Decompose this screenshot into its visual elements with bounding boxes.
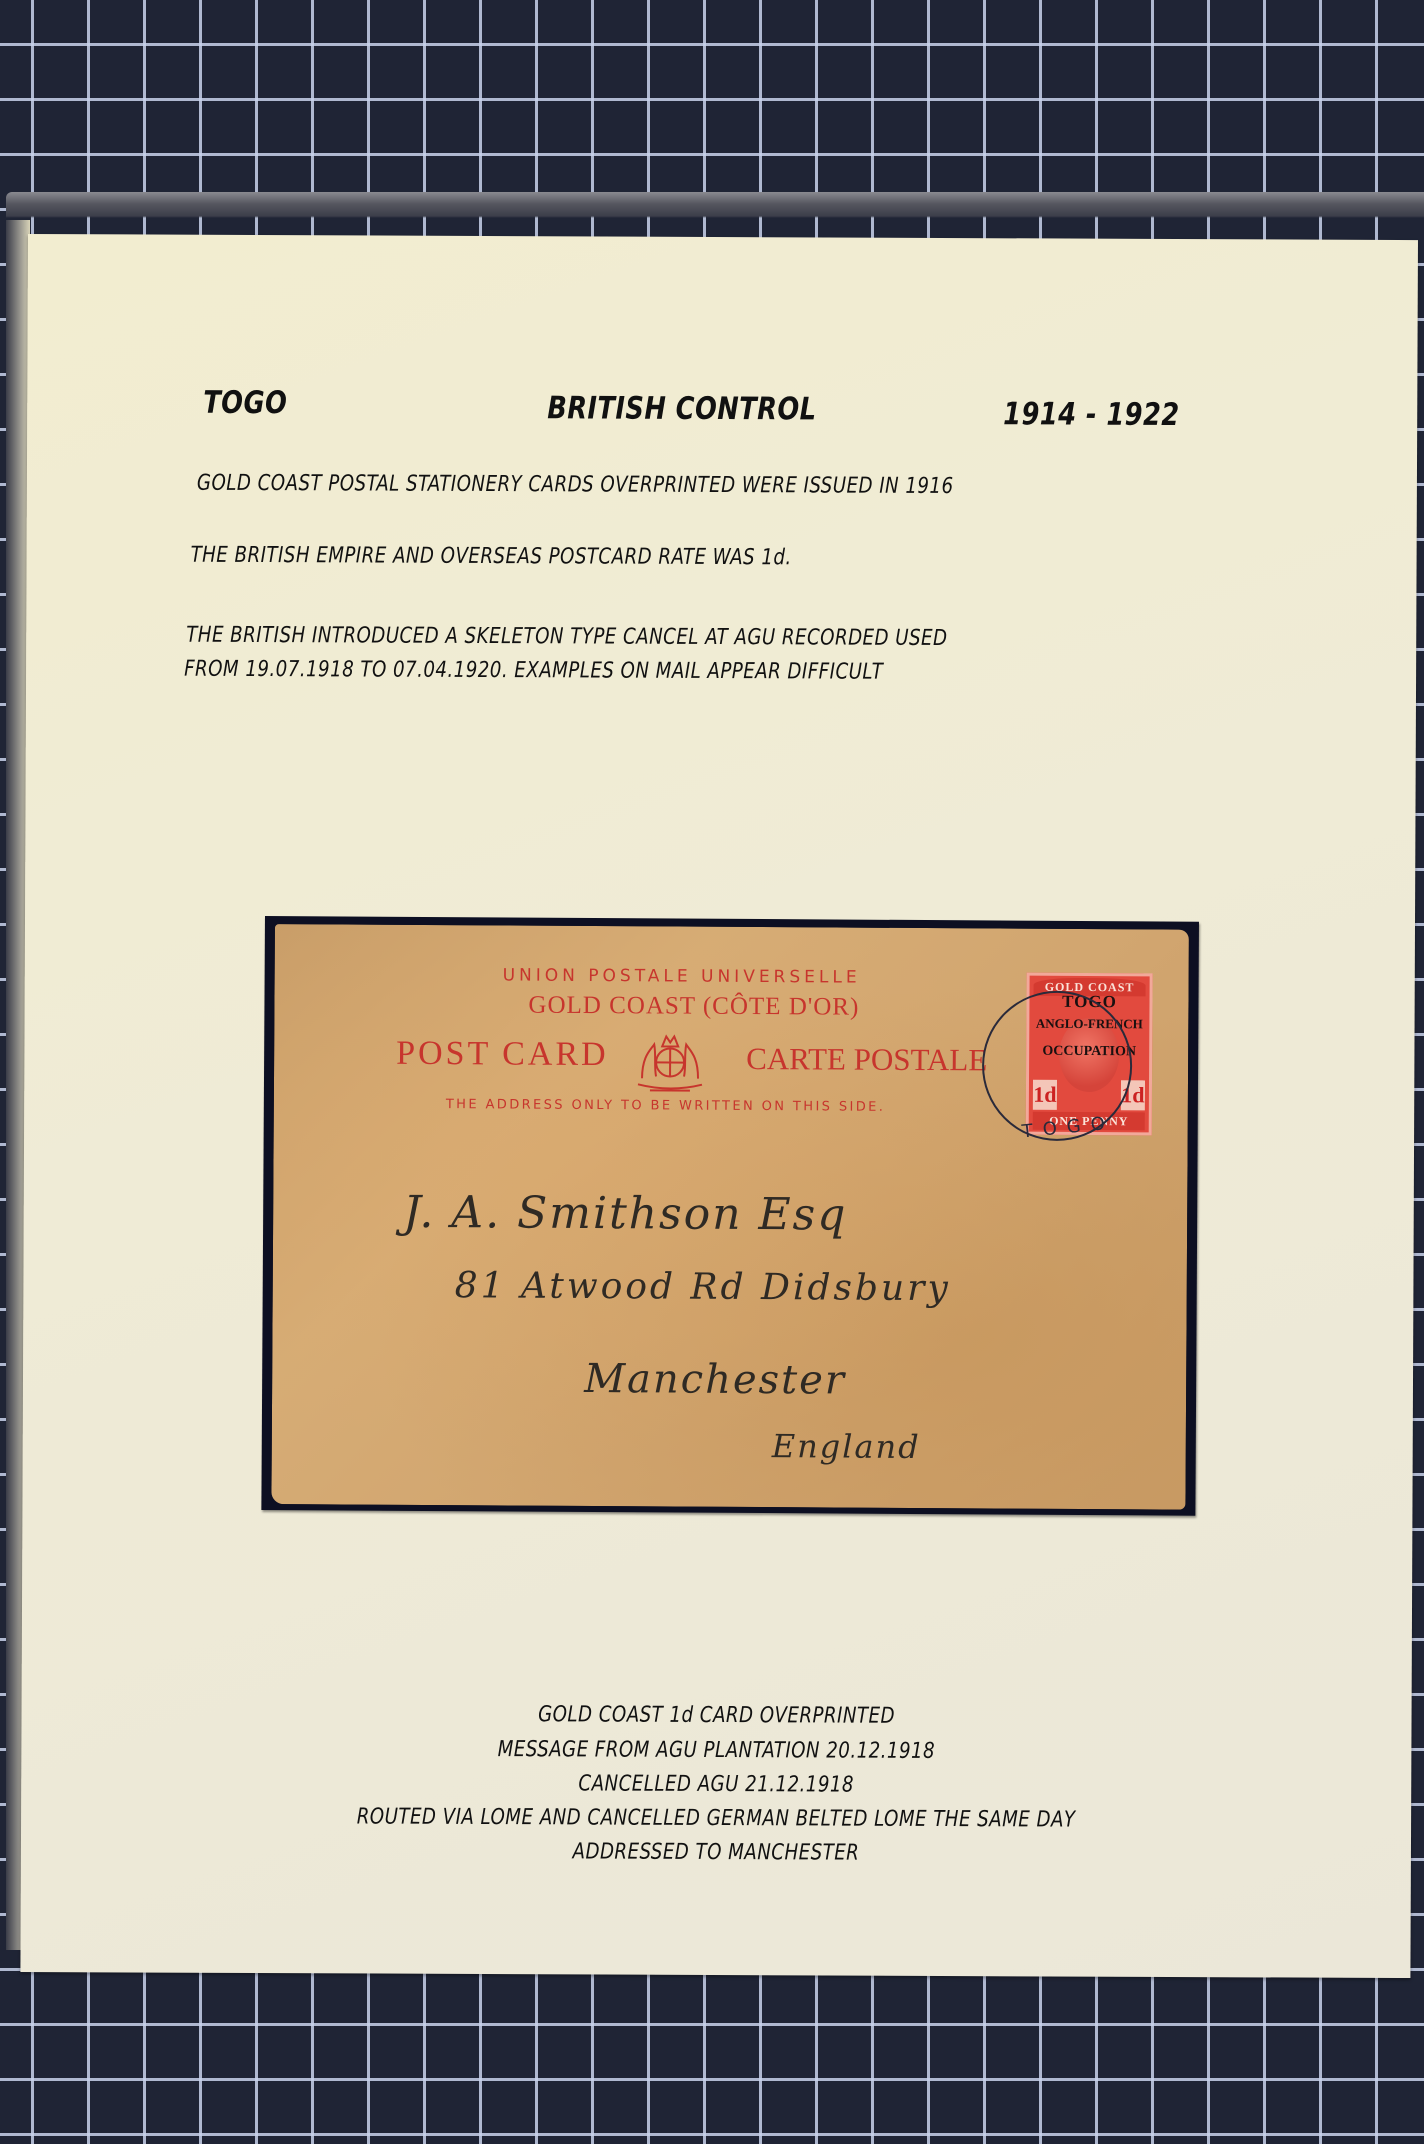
caption-line-2: MESSAGE FROM AGU PLANTATION 20.12.1918 [77,1735,1356,1766]
header-period: 1914 - 1922 [1003,396,1180,433]
postcard-instruction: THE ADDRESS ONLY TO BE WRITTEN ON THIS S… [446,1097,886,1115]
address-line-3: Manchester [584,1356,846,1404]
address-line-2: 81 Atwood Rd Didsbury [455,1265,951,1309]
caption-block: GOLD COAST 1d CARD OVERPRINTED MESSAGE F… [21,1700,1412,1868]
postcard-title-fr: CARTE POSTALE [746,1041,987,1078]
royal-arms-icon [632,1026,708,1096]
header-section: BRITISH CONTROL [547,390,816,427]
postcard-title-en: POST CARD [396,1035,609,1074]
caption-line-5: ADDRESSED TO MANCHESTER [76,1837,1355,1868]
header-country: TOGO [203,385,287,421]
caption-line-4: ROUTED VIA LOME AND CANCELLED GERMAN BEL… [77,1803,1356,1834]
note-3-line-1: THE BRITISH INTRODUCED A SKELETON TYPE C… [186,623,947,651]
note-3-line-2: FROM 19.07.1918 TO 07.04.1920. EXAMPLES … [184,657,883,685]
note-1: GOLD COAST POSTAL STATIONERY CARDS OVERP… [197,471,954,499]
caption-line-3: CANCELLED AGU 21.12.1918 [77,1769,1356,1800]
address-line-4: England [772,1427,921,1466]
card-mount: UNION POSTALE UNIVERSELLE GOLD COAST (CÔ… [261,916,1199,1516]
note-2: THE BRITISH EMPIRE AND OVERSEAS POSTCARD… [191,543,792,571]
postcard-issuer-text: GOLD COAST (CÔTE D'OR) [528,992,859,1022]
address-line-1: J. A. Smithson Esq [403,1187,847,1241]
postcard: UNION POSTALE UNIVERSELLE GOLD COAST (CÔ… [271,924,1189,1510]
postcard-union-text: UNION POSTALE UNIVERSELLE [503,965,861,987]
caption-line-1: GOLD COAST 1d CARD OVERPRINTED [77,1700,1356,1731]
